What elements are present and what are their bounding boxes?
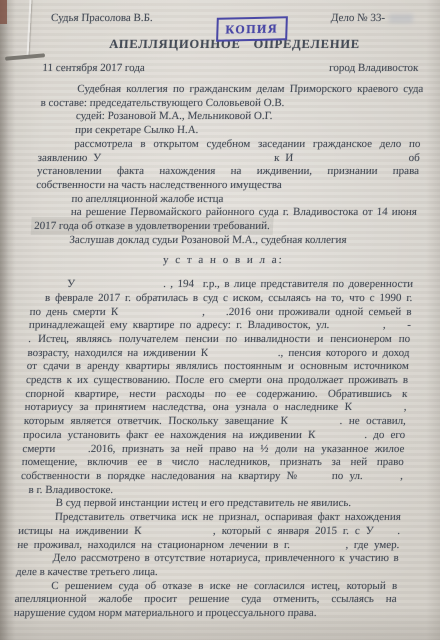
body-line: У . , 194 г.р., в лице представителя по … <box>31 278 414 292</box>
body-line: в феврале 2017 г. обратилась в суд с иск… <box>30 292 413 306</box>
body-line: спорной квартире, нести расходы по ее со… <box>25 388 408 402</box>
body-line: смерти .2016, признать за ней право на ½… <box>22 443 405 457</box>
document-body: Судебная коллегия по гражданским делам П… <box>13 83 423 621</box>
body-line: судей: Розановой М.А., Мельниковой О.Г. <box>39 110 422 124</box>
body-line: В суд первой инстанции истец и его предс… <box>19 497 402 511</box>
body-line: у с т а н о в и л а: <box>32 254 415 268</box>
body-line: средств к их существованию. После его см… <box>26 374 409 388</box>
body-line: истицы на иждивении К , который с января… <box>18 525 401 539</box>
body-line: при секретаре Сылко Н.А. <box>39 124 422 138</box>
highlighted-text: 2017 года об отказе в удовлетворении тре… <box>34 220 270 232</box>
city-label: город Владивосток <box>329 62 419 74</box>
date-city-row: 11 сентября 2017 года город Владивосток <box>42 62 425 74</box>
copy-stamp: КОПИЯ <box>216 16 287 41</box>
body-line: по апелляционной жалобе истца <box>35 193 418 207</box>
body-line: собственности в порядке наследования на … <box>21 470 404 484</box>
body-line: нарушение судом норм материального и про… <box>13 607 396 621</box>
body-line: которым является ответчик. Поскольку зав… <box>24 415 407 429</box>
body-line: . Истец, являясь получателем пенсии по и… <box>28 333 411 347</box>
body-line: на решение Первомайского районного суда … <box>34 206 417 220</box>
body-line: Дело рассмотрено в отсутствие нотариуса,… <box>16 552 399 566</box>
case-number: Дело № 33- <box>331 12 414 24</box>
body-line: нотариусу за принятием наследства, она у… <box>24 401 407 415</box>
body-line: Судебная коллегия по гражданским делам П… <box>41 83 424 97</box>
body-line: деле в качестве третьего лица. <box>16 566 399 580</box>
case-number-smudge <box>389 14 413 23</box>
body-line: установлении факта нахождения на иждивен… <box>37 165 420 179</box>
date-label: 11 сентября 2017 года <box>42 62 145 74</box>
body-line: по день смерти К , .2016 они проживали о… <box>29 306 412 320</box>
body-line: апелляционной жалобе просит решение суда… <box>14 593 397 607</box>
document-scan: Судья Прасолова В.Б. Дело № 33- КОПИЯ АП… <box>0 0 440 640</box>
body-line: принадлежащей ему квартире по адресу: г.… <box>29 319 412 333</box>
body-line: в составе: председательствующего Соловье… <box>40 97 423 111</box>
body-line: Представитель ответчика иск не признал, … <box>18 511 401 525</box>
judge-label: Судья Прасолова В.Б. <box>51 12 153 24</box>
body-line: просила установить факт ее нахождения на… <box>23 429 406 443</box>
document-content: Судья Прасолова В.Б. Дело № 33- КОПИЯ АП… <box>0 0 440 640</box>
body-line: возрасту, находился на иждивении К ., пе… <box>27 347 410 361</box>
body-line: С решением суда об отказе в иске не согл… <box>15 580 398 594</box>
body-line: рассмотрела в открытом судебном заседани… <box>38 138 421 152</box>
case-number-label: Дело № 33- <box>331 12 386 24</box>
body-line: собственности на часть наследственного и… <box>36 179 419 193</box>
body-line: 2017 года об отказе в удовлетворении тре… <box>34 220 417 234</box>
body-line: в г. Владивостоке. <box>20 484 403 498</box>
body-line: от сдачи в аренду квартиры являлись пост… <box>26 360 409 374</box>
body-line: Заслушав доклад судьи Розановой М.А., су… <box>33 234 416 248</box>
body-line: заявлению У к И об <box>37 152 420 166</box>
body-line: помещение, включив ее в число наследнико… <box>21 456 404 470</box>
body-line: не проживал, находился на стационарном л… <box>17 539 400 553</box>
